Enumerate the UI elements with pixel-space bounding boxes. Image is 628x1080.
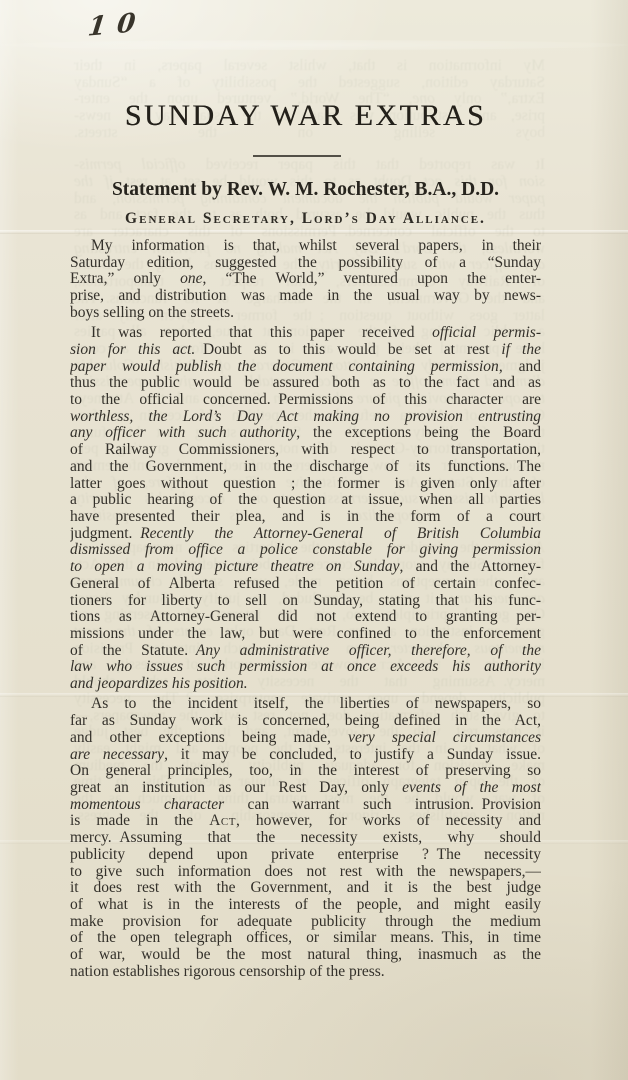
text-line: is made in the Act, however, for works o… (70, 813, 541, 830)
text-line: and jeopardizes his position. (70, 676, 541, 693)
text-line: thus the public would be assured both as… (70, 375, 541, 392)
text-line: It was reported that this paper received… (74, 157, 545, 174)
text-line: prise, and distribution was made in the … (70, 288, 541, 305)
text-line: of war, would be the most natural thing,… (70, 947, 541, 964)
text-line: Saturday edition, suggested the possibil… (70, 255, 541, 272)
text-line: Extra,” only one, “The World,” ventured … (70, 271, 541, 288)
text-line: sion for this act. Doubt as to this woul… (70, 342, 541, 359)
document-title: SUNDAY WAR EXTRAS (70, 99, 541, 133)
title-rule (253, 155, 341, 157)
paragraph: My information is that, whilst several p… (70, 238, 541, 322)
text-line: of the open telegraph offices, or simila… (70, 930, 541, 947)
text-line: On general principles, too, in the inter… (70, 763, 541, 780)
text-line: are necessary, it may be concluded, to j… (70, 747, 541, 764)
text-line: to give such information does not rest w… (70, 864, 541, 881)
text-line: publicity depend upon private enterprise… (70, 847, 541, 864)
paper-crease (0, 230, 628, 234)
text-line: judgment. Recently the Attorney-General … (70, 526, 541, 543)
text-line: worthless, the Lord’s Day Act making no … (70, 409, 541, 426)
text-line: dismissed from office a police constable… (70, 542, 541, 559)
text-line: nation establishes rigorous censorship o… (70, 964, 541, 981)
text-line: far as Sunday work is concerned, being d… (70, 713, 541, 730)
text-line: My information is that, whilst several p… (70, 238, 541, 255)
text-line: law who issues such permission at once e… (70, 659, 541, 676)
text-line: of Railway Commissioners, with respect t… (70, 442, 541, 459)
text-line: My information is that, whilst several p… (74, 58, 545, 75)
text-line: make provision for adequate publicity th… (70, 914, 541, 931)
text-line: mercy. Assuming that the necessity exist… (70, 830, 541, 847)
text-line: missions under the law, but were confine… (70, 626, 541, 643)
statement-byline: Statement by Rev. W. M. Rochester, B.A.,… (70, 179, 541, 201)
text-line: to the official concerned. Permissions o… (70, 392, 541, 409)
text-line: paper would publish the document contain… (70, 359, 541, 376)
text-line: a public hearing of the question at issu… (70, 492, 541, 509)
text-line: any officer with such authority, the exc… (70, 425, 541, 442)
text-line: boys selling on the streets. (70, 305, 541, 322)
text-line: As to the incident itself, the liberties… (70, 696, 541, 713)
text-line: Saturday edition, suggested the possibil… (74, 75, 545, 92)
text-line: tioners for liberty to sell on Sunday, s… (70, 593, 541, 610)
text-line: it does rest with the Government, and it… (70, 880, 541, 897)
text-line: great an institution as our Rest Day, on… (70, 780, 541, 797)
text-line: tions as Attorney-General did not extend… (70, 609, 541, 626)
text-line: It was reported that this paper received… (70, 325, 541, 342)
text-line: latter goes without question ; the forme… (70, 476, 541, 493)
text-line: of the Statute. Any administrative offic… (70, 643, 541, 660)
paragraph: It was reported that this paper received… (70, 325, 541, 693)
text-line: to open a moving picture theatre on Sund… (70, 559, 541, 576)
text-line: of what is in the interests of the peopl… (70, 897, 541, 914)
scanned-page: My information is that, whilst several p… (0, 0, 628, 1080)
handwritten-page-number: 10 (86, 7, 148, 43)
text-line: and other exceptions being made, very sp… (70, 730, 541, 747)
text-line: have presented their plea, and is in the… (70, 509, 541, 526)
text-line: General of Alberta refused the petition … (70, 576, 541, 593)
text-line: momentous character can warrant such int… (70, 797, 541, 814)
paragraph: As to the incident itself, the liberties… (70, 696, 541, 980)
secretary-subtitle: General Secretary, Lord’s Day Alliance. (70, 210, 541, 228)
text-line: and the Government, in the discharge of … (70, 459, 541, 476)
body-text: My information is that, whilst several p… (70, 238, 541, 981)
